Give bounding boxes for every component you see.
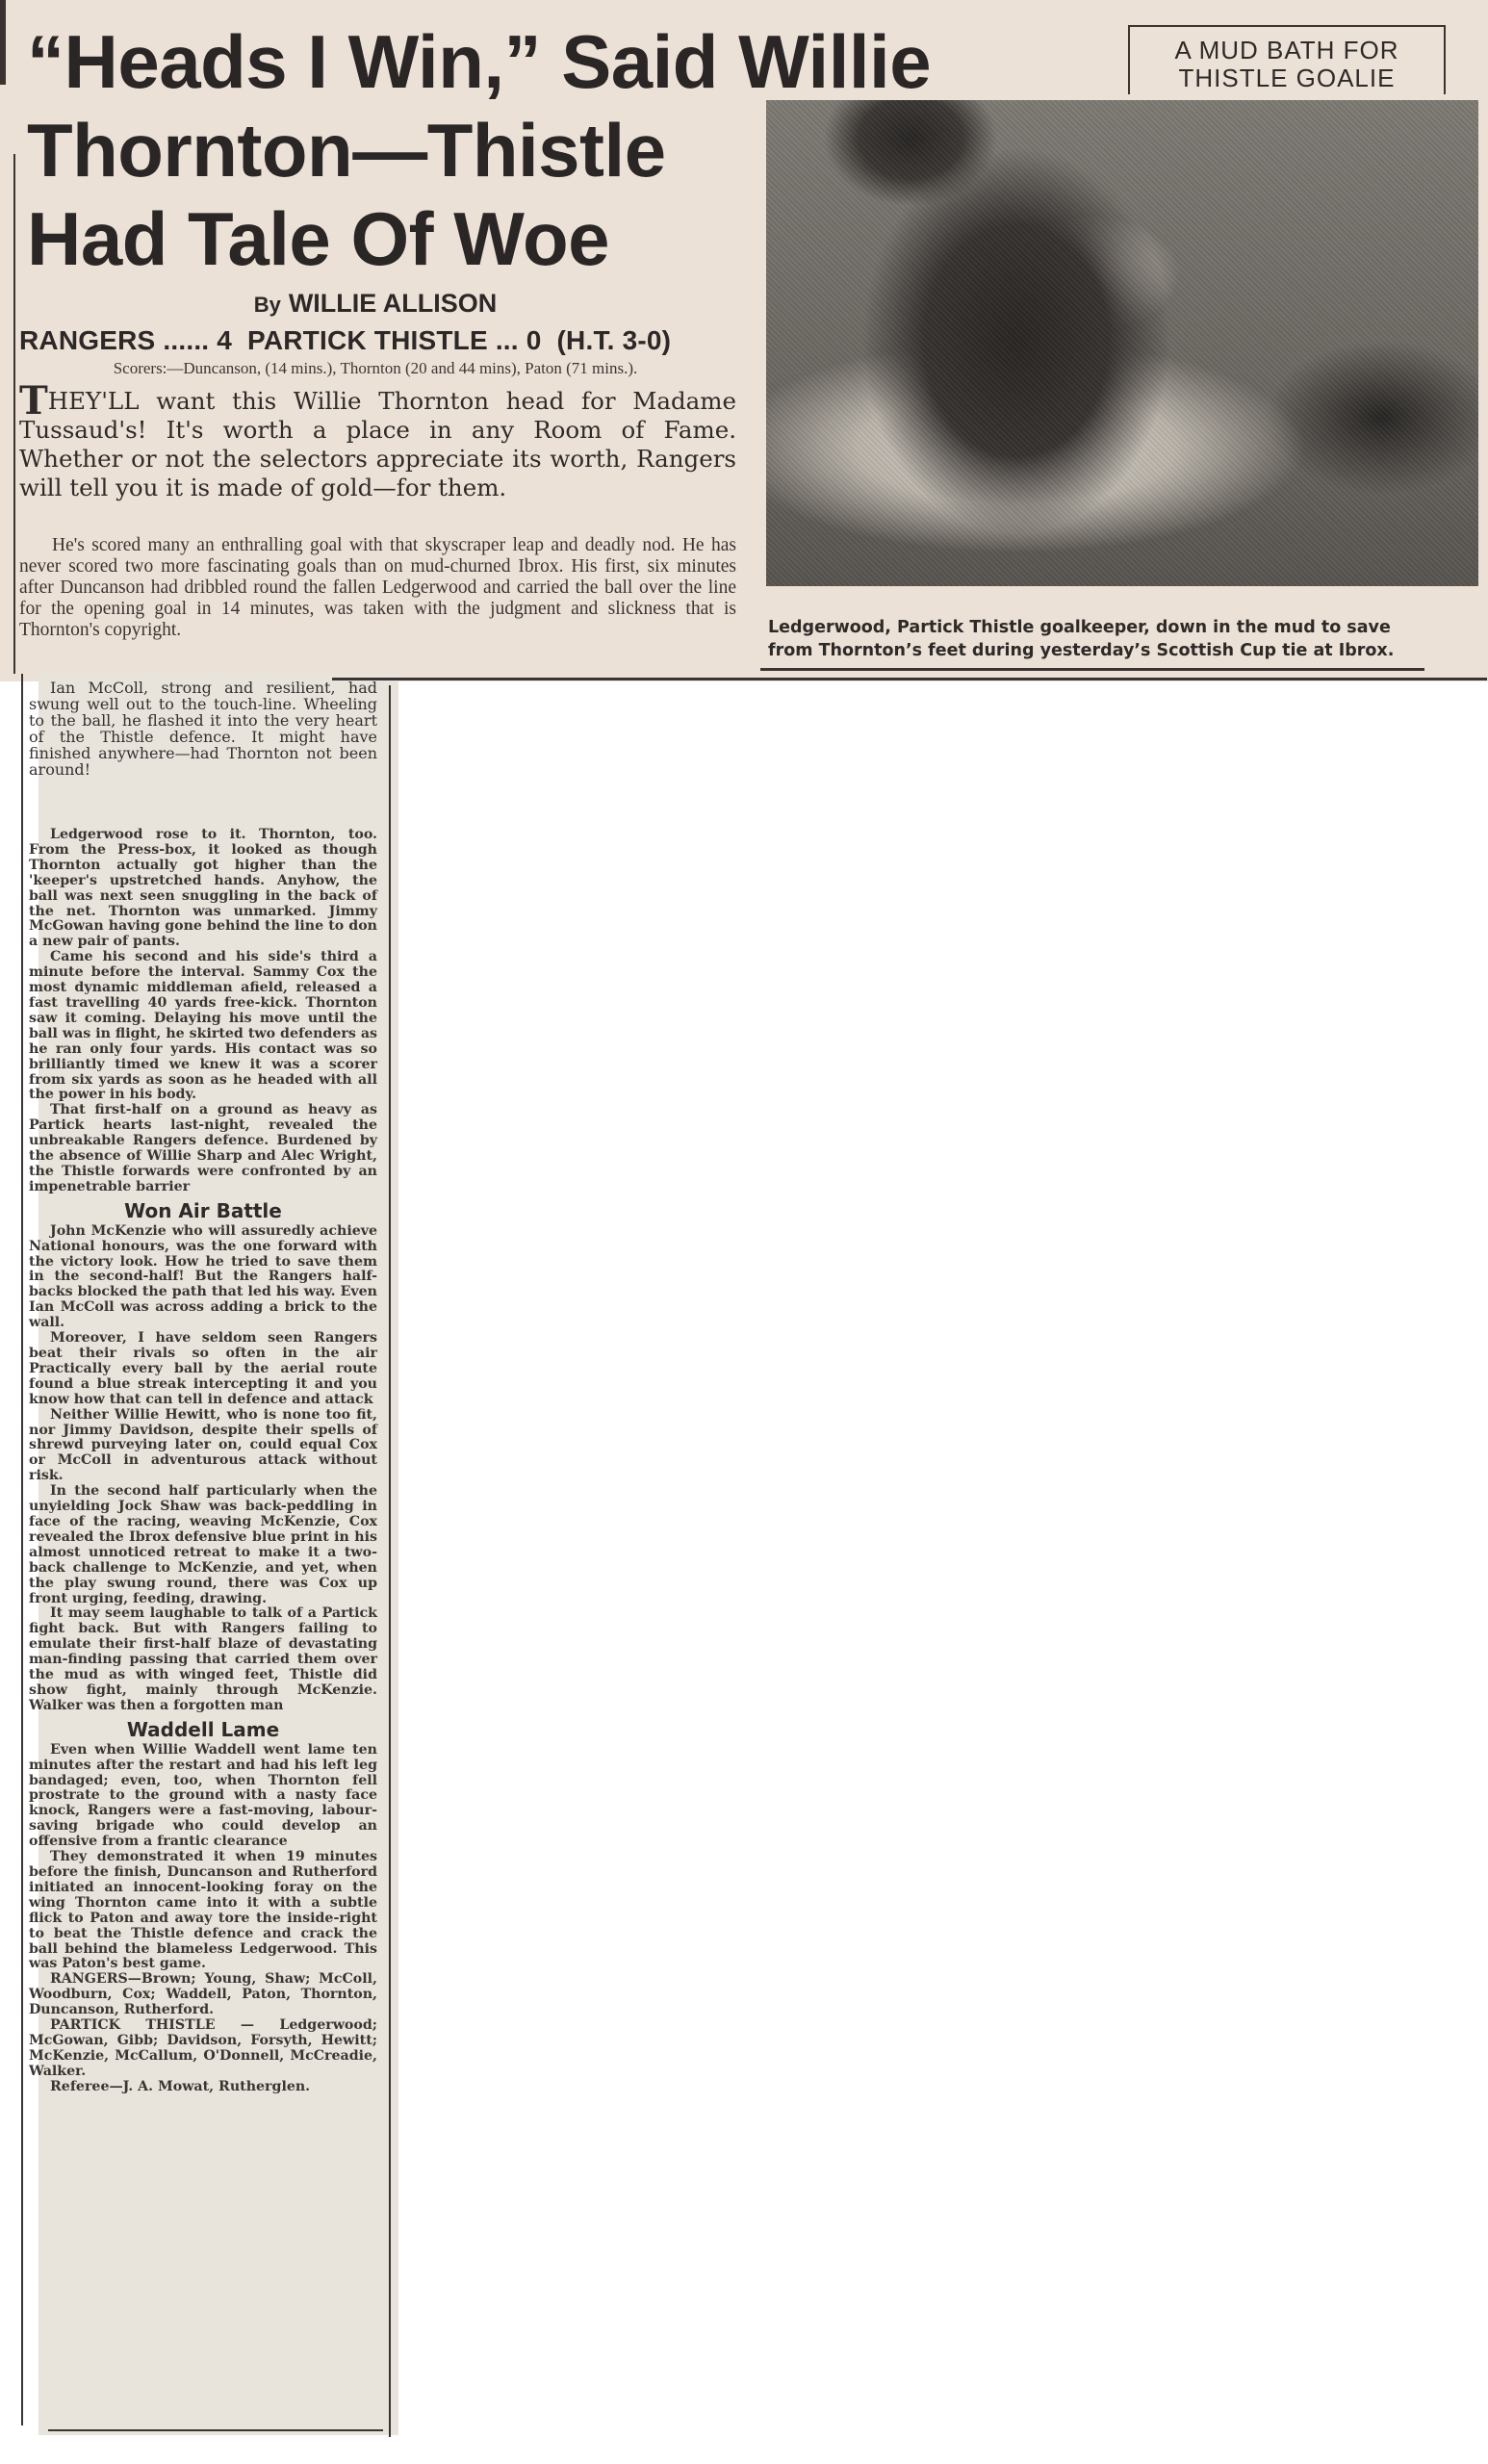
team-lineups: RANGERS—Brown; Young, Shaw; McColl, Wood… — [29, 1972, 377, 2094]
body-paragraph: Even when Willie Waddell went lame ten m… — [29, 1743, 377, 1850]
photo-label-line-1: A MUD BATH FOR — [1130, 37, 1444, 64]
edge-mark — [0, 0, 6, 85]
column-b: Ledgerwood rose to it. Thornton, too. Fr… — [29, 828, 377, 2095]
home-dots: ...... — [163, 325, 209, 355]
lede-text: HEY'LL want this Willie Thornton head fo… — [19, 387, 736, 501]
body-paragraph: Ian McColl, strong and resilient, had sw… — [29, 680, 377, 778]
caption-rule — [760, 668, 1424, 671]
column-a: Ian McColl, strong and resilient, had sw… — [29, 680, 377, 778]
lineup-partick-thistle: PARTICK THISTLE — Ledgerwood; McGowan, G… — [29, 2018, 377, 2080]
lineup-rangers: RANGERS—Brown; Young, Shaw; McColl, Wood… — [29, 1972, 377, 2018]
match-photo — [766, 100, 1478, 586]
caption-line-1: Ledgerwood, Partick Thistle goalkeeper, … — [768, 616, 1480, 639]
byline-author: WILLIE ALLISON — [289, 289, 497, 318]
column-rule-right — [389, 685, 391, 2437]
byline-prefix: By — [254, 293, 281, 317]
section-rule — [332, 678, 1487, 680]
body-paragraph: John McKenzie who will assuredly achieve… — [29, 1224, 377, 1331]
half-time-score: (H.T. 3-0) — [557, 325, 672, 355]
photo-caption: Ledgerwood, Partick Thistle goalkeeper, … — [768, 616, 1480, 662]
body-paragraph: Ledgerwood rose to it. Thornton, too. Fr… — [29, 828, 377, 950]
body-paragraph: Moreover, I have seldom seen Rangers bea… — [29, 1331, 377, 1408]
headline-line-2: Thornton—Thistle — [27, 106, 758, 194]
away-dots: ... — [496, 325, 519, 355]
photo-label-line-2: THISTLE GOALIE — [1130, 64, 1444, 92]
body-paragraph: He's scored many an enthralling goal wit… — [19, 535, 736, 641]
body-paragraph: They demonstrated it when 19 minutes bef… — [29, 1850, 377, 1972]
subhead-waddell-lame: Waddell Lame — [29, 1716, 377, 1743]
body-paragraph: In the second half particularly when the… — [29, 1484, 377, 1606]
referee-line: Referee—J. A. Mowat, Rutherglen. — [29, 2080, 377, 2095]
column-rule-bottom — [48, 2429, 383, 2431]
body-paragraph: That first-half on a ground as heavy as … — [29, 1103, 377, 1194]
column-rule-left — [21, 674, 23, 2425]
home-score: 4 — [217, 325, 232, 355]
drop-cap: T — [19, 387, 48, 416]
body-paragraph: Came his second and his side's third a m… — [29, 950, 377, 1103]
score-line: RANGERS ...... 4 PARTICK THISTLE ... 0 (… — [19, 325, 736, 356]
away-score: 0 — [526, 325, 542, 355]
byline: ByWILLIE ALLISON — [0, 289, 751, 319]
headline-line-3: Had Tale Of Woe — [27, 194, 758, 283]
body-wide: He's scored many an enthralling goal wit… — [19, 535, 736, 641]
column-rule-left-top — [13, 154, 15, 674]
subhead-won-air-battle: Won Air Battle — [29, 1197, 377, 1224]
body-paragraph: Neither Willie Hewitt, who is none too f… — [29, 1408, 377, 1485]
headline-line-1: “Heads I Win,” Said Willie — [27, 17, 758, 106]
scorers-line: Scorers:—Duncanson, (14 mins.), Thornton… — [58, 359, 693, 377]
caption-line-2: from Thornton’s feet during yesterday’s … — [768, 639, 1480, 662]
lede-paragraph: THEY'LL want this Willie Thornton head f… — [19, 387, 736, 502]
home-team: RANGERS — [19, 325, 155, 355]
photo-label-box: A MUD BATH FOR THISTLE GOALIE — [1128, 25, 1446, 94]
away-team: PARTICK THISTLE — [247, 325, 488, 355]
headline: “Heads I Win,” Said Willie Thornton—This… — [27, 17, 758, 283]
body-paragraph: It may seem laughable to talk of a Parti… — [29, 1606, 377, 1713]
photo-halftone-texture — [766, 100, 1478, 586]
